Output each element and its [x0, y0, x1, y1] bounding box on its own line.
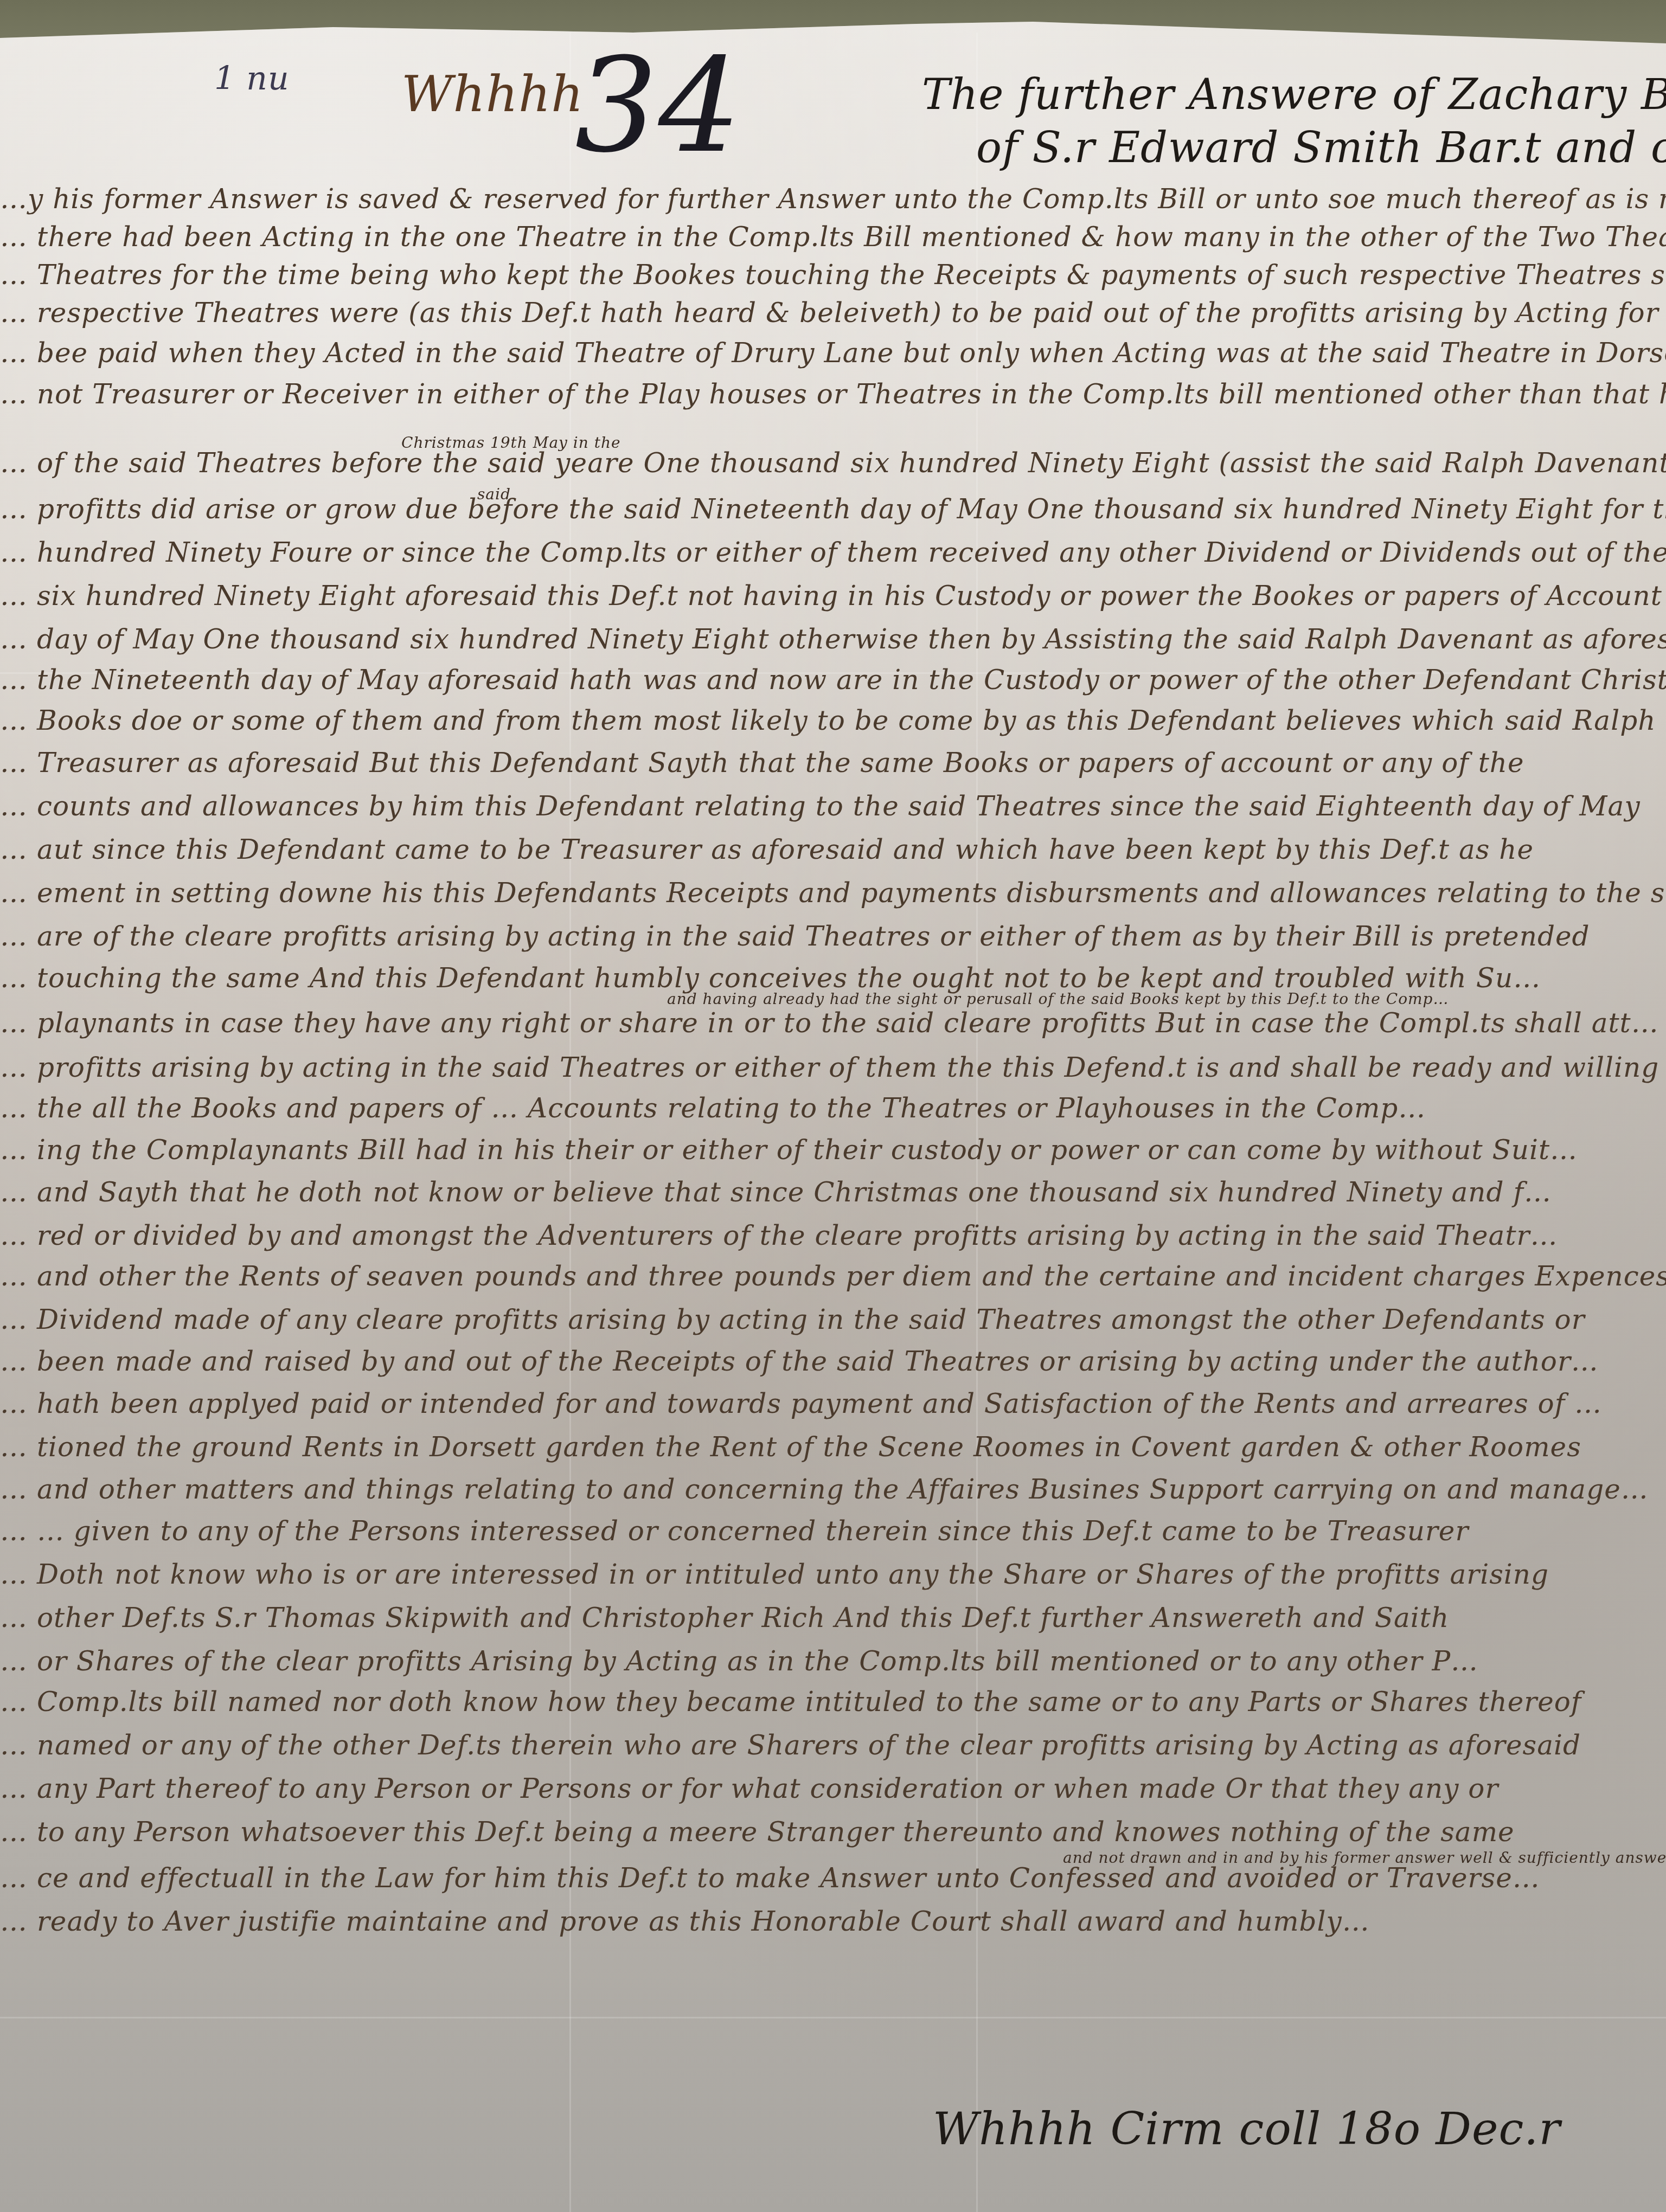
- body-line: … there had been Acting in the one Theat…: [0, 221, 1666, 253]
- document-number: 34: [575, 30, 741, 182]
- body-line: … not Treasurer or Receiver in either of…: [0, 378, 1666, 410]
- body-line: … counts and allowances by him this Defe…: [0, 790, 1641, 822]
- body-line: … … given to any of the Persons interess…: [0, 1515, 1469, 1547]
- body-line: … other Def.ts S.r Thomas Skipwith and C…: [0, 1602, 1449, 1634]
- interlineation: and having already had the sight or peru…: [667, 990, 1449, 1008]
- body-line: … ing the Complaynants Bill had in his t…: [0, 1134, 1578, 1166]
- body-line: … been made and raised by and out of the…: [0, 1346, 1599, 1377]
- body-line: … named or any of the other Def.ts there…: [0, 1729, 1581, 1761]
- body-line: … Theatres for the time being who kept t…: [0, 259, 1666, 291]
- body-line: … hundred Ninety Foure or since the Comp…: [0, 537, 1666, 568]
- body-line: … six hundred Ninety Eight aforesaid thi…: [0, 580, 1666, 612]
- body-line: … and other the Rents of seaven pounds a…: [0, 1261, 1666, 1292]
- document-subtitle: of S.r Edward Smith Bar.t and others Com…: [976, 124, 1666, 172]
- body-line: … and Sayth that he doth not know or bel…: [0, 1176, 1552, 1208]
- body-line: … of the said Theatres before the said y…: [0, 447, 1666, 479]
- body-line: … ce and effectuall in the Law for him t…: [0, 1862, 1540, 1894]
- margin-annotation: 1 nu: [214, 60, 290, 98]
- body-line: … aut since this Defendant came to be Tr…: [0, 834, 1534, 865]
- closing-signature: Whhhh Cirm coll 18o Dec.r: [933, 2104, 1561, 2155]
- manuscript-text: 1 nu Whhhh 34 The further Answere of Zac…: [0, 0, 1666, 2212]
- body-line: … ready to Aver justifie maintaine and p…: [0, 1906, 1370, 1937]
- body-line: … the all the Books and papers of … Acco…: [0, 1092, 1426, 1124]
- body-line: … bee paid when they Acted in the said T…: [0, 337, 1666, 369]
- body-line: … any Part thereof to any Person or Pers…: [0, 1773, 1498, 1804]
- body-line: … to any Person whatsoever this Def.t be…: [0, 1816, 1515, 1848]
- body-line: … Dividend made of any cleare profitts a…: [0, 1304, 1585, 1335]
- body-line: … Treasurer as aforesaid But this Defend…: [0, 747, 1524, 779]
- body-line: … are of the cleare profitts arising by …: [0, 921, 1590, 952]
- body-line: … or Shares of the clear profitts Arisin…: [0, 1645, 1478, 1677]
- body-line: … Comp.lts bill named nor doth know how …: [0, 1686, 1581, 1718]
- body-line: … respective Theatres were (as this Def.…: [0, 297, 1666, 329]
- body-line: … playnants in case they have any right …: [0, 1007, 1659, 1039]
- body-line: … Books doe or some of them and from the…: [0, 705, 1656, 736]
- body-line: … profitts arising by acting in the said…: [0, 1052, 1659, 1083]
- body-line: … and other matters and things relating …: [0, 1474, 1649, 1505]
- body-line: … ement in setting downe his this Defend…: [0, 877, 1666, 909]
- body-line: … day of May One thousand six hundred Ni…: [0, 623, 1666, 655]
- body-line: … touching the same And this Defendant h…: [0, 962, 1541, 994]
- body-line: … the Nineteenth day of May aforesaid ha…: [0, 664, 1666, 696]
- body-line: …y his former Answer is saved & reserved…: [0, 183, 1666, 215]
- body-line: … profitts did arise or grow due before …: [0, 493, 1666, 525]
- body-line: … tioned the ground Rents in Dorsett gar…: [0, 1431, 1581, 1463]
- body-line: … red or divided by and amongst the Adve…: [0, 1220, 1558, 1251]
- document-title: The further Answere of Zachary Bagg Gent…: [922, 70, 1666, 119]
- body-line: … Doth not know who is or are interessed…: [0, 1559, 1549, 1590]
- margin-signature: Whhhh: [401, 65, 584, 123]
- body-line: … hath been applyed paid or intended for…: [0, 1388, 1602, 1419]
